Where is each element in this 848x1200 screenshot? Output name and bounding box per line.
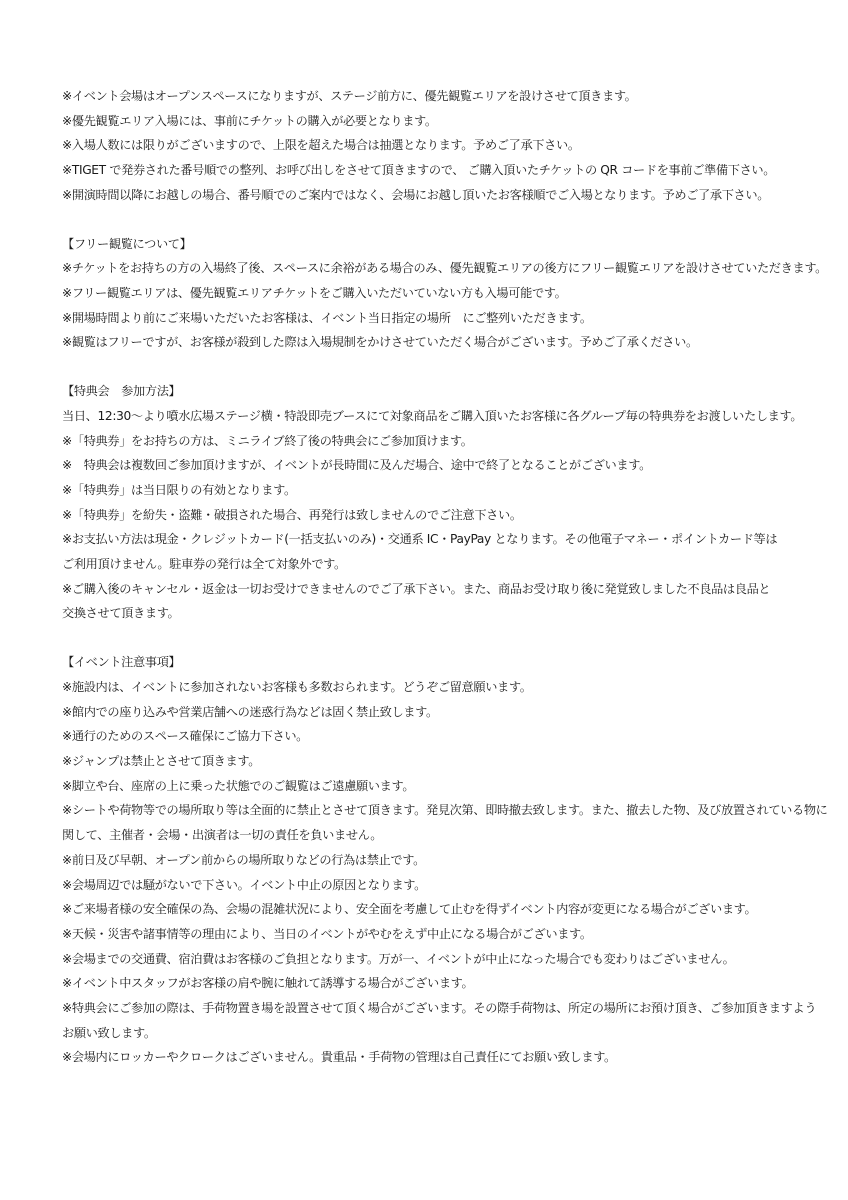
note-line: ※ご購入後のキャンセル・返金は一切お受けできませんのでご了承下さい。また、商品お…: [62, 577, 802, 602]
note-line: ※イベント中スタッフがお客様の肩や腕に触れて誘導する場合がございます。: [62, 971, 802, 996]
note-line: ※会場までの交通費、宿泊費はお客様のご負担となります。万が一、イベントが中止にな…: [62, 947, 802, 972]
note-line: ※会場内にロッカーやクロークはございません。貴重品・手荷物の管理は自己責任にてお…: [62, 1045, 802, 1070]
note-line: 関して、主催者・会場・出演者は一切の責任を負いません。: [62, 823, 802, 848]
section-heading: 【フリー観覧について】: [62, 232, 802, 257]
note-line: ※脚立や台、座席の上に乗った状態でのご観覧はご遠慮願います。: [62, 774, 802, 799]
note-line: ※「特典券」をお持ちの方は、ミニライブ終了後の特典会にご参加頂けます。: [62, 429, 802, 454]
section-spacer: [62, 207, 802, 231]
note-line: ※TIGET で発券された番号順での整列、お呼び出しをさせて頂きますので、 ご購…: [62, 158, 802, 183]
note-line: ※特典会にご参加の際は、手荷物置き場を設置させて頂く場合がございます。その際手荷…: [62, 996, 802, 1021]
note-line: ※イベント会場はオープンスペースになりますが、ステージ前方に、優先観覧エリアを設…: [62, 84, 802, 109]
note-line: 交換させて頂きます。: [62, 601, 802, 626]
section-spacer: [62, 355, 802, 379]
note-line: ※フリー観覧エリアは、優先観覧エリアチケットをご購入いただいていない方も入場可能…: [62, 281, 802, 306]
note-line: 当日、12:30～より噴水広場ステージ横・特設即売ブースにて対象商品をご購入頂い…: [62, 404, 802, 429]
section-heading: 【イベント注意事項】: [62, 650, 802, 675]
section-spacer: [62, 626, 802, 650]
section-event-cautions: 【イベント注意事項】 ※施設内は、イベントに参加されないお客様も多数おられます。…: [62, 650, 802, 1070]
note-line: ※天候・災害や諸事情等の理由により、当日のイベントがやむをえず中止になる場合がご…: [62, 922, 802, 947]
note-line: ※通行のためのスペース確保にご協力下さい。: [62, 724, 802, 749]
note-line: ※「特典券」を紛失・盗難・破損された場合、再発行は致しませんのでご注意下さい。: [62, 503, 802, 528]
note-line: ※館内での座り込みや営業店舗への迷惑行為などは固く禁止致します。: [62, 700, 802, 725]
note-line: ※観覧はフリーですが、お客様が殺到した際は入場規制をかけさせていただく場合がござ…: [62, 330, 802, 355]
note-line: ※お支払い方法は現金・クレジットカード(一括支払いのみ)・交通系 IC・PayP…: [62, 527, 802, 552]
document-page: ※イベント会場はオープンスペースになりますが、ステージ前方に、優先観覧エリアを設…: [62, 84, 802, 1070]
note-line: ※優先観覧エリア入場には、事前にチケットの購入が必要となります。: [62, 109, 802, 134]
note-line: ※シートや荷物等での場所取り等は全面的に禁止とさせて頂きます。発見次第、即時撤去…: [62, 798, 802, 823]
note-line: ※チケットをお持ちの方の入場終了後、スペースに余裕がある場合のみ、優先観覧エリア…: [62, 256, 802, 281]
note-line: ※ご来場者様の安全確保の為、会場の混雑状況により、安全面を考慮して止むを得ずイベ…: [62, 897, 802, 922]
note-line: ※「特典券」は当日限りの有効となります。: [62, 478, 802, 503]
section-free-viewing: 【フリー観覧について】 ※チケットをお持ちの方の入場終了後、スペースに余裕がある…: [62, 232, 802, 355]
note-line: ご利用頂けません。駐車券の発行は全て対象外です。: [62, 552, 802, 577]
section-general-notes: ※イベント会場はオープンスペースになりますが、ステージ前方に、優先観覧エリアを設…: [62, 84, 802, 207]
note-line: ※入場人数には限りがございますので、上限を超えた場合は抽選となります。予めご了承…: [62, 133, 802, 158]
note-line: ※前日及び早朝、オープン前からの場所取りなどの行為は禁止です。: [62, 848, 802, 873]
note-line: ※開演時間以降にお越しの場合、番号順でのご案内ではなく、会場にお越し頂いたお客様…: [62, 183, 802, 208]
note-line: ※開場時間より前にご来場いただいたお客様は、イベント当日指定の場所 にご整列いた…: [62, 306, 802, 331]
note-line: ※ 特典会は複数回ご参加頂けますが、イベントが長時間に及んだ場合、途中で終了とな…: [62, 453, 802, 478]
note-line: ※ジャンプは禁止とさせて頂きます。: [62, 749, 802, 774]
note-line: お願い致します。: [62, 1021, 802, 1046]
note-line: ※施設内は、イベントに参加されないお客様も多数おられます。どうぞご留意願います。: [62, 675, 802, 700]
section-heading: 【特典会 参加方法】: [62, 379, 802, 404]
note-line: ※会場周辺では騒がないで下さい。イベント中止の原因となります。: [62, 873, 802, 898]
section-bonus-event: 【特典会 参加方法】 当日、12:30～より噴水広場ステージ横・特設即売ブースに…: [62, 379, 802, 626]
